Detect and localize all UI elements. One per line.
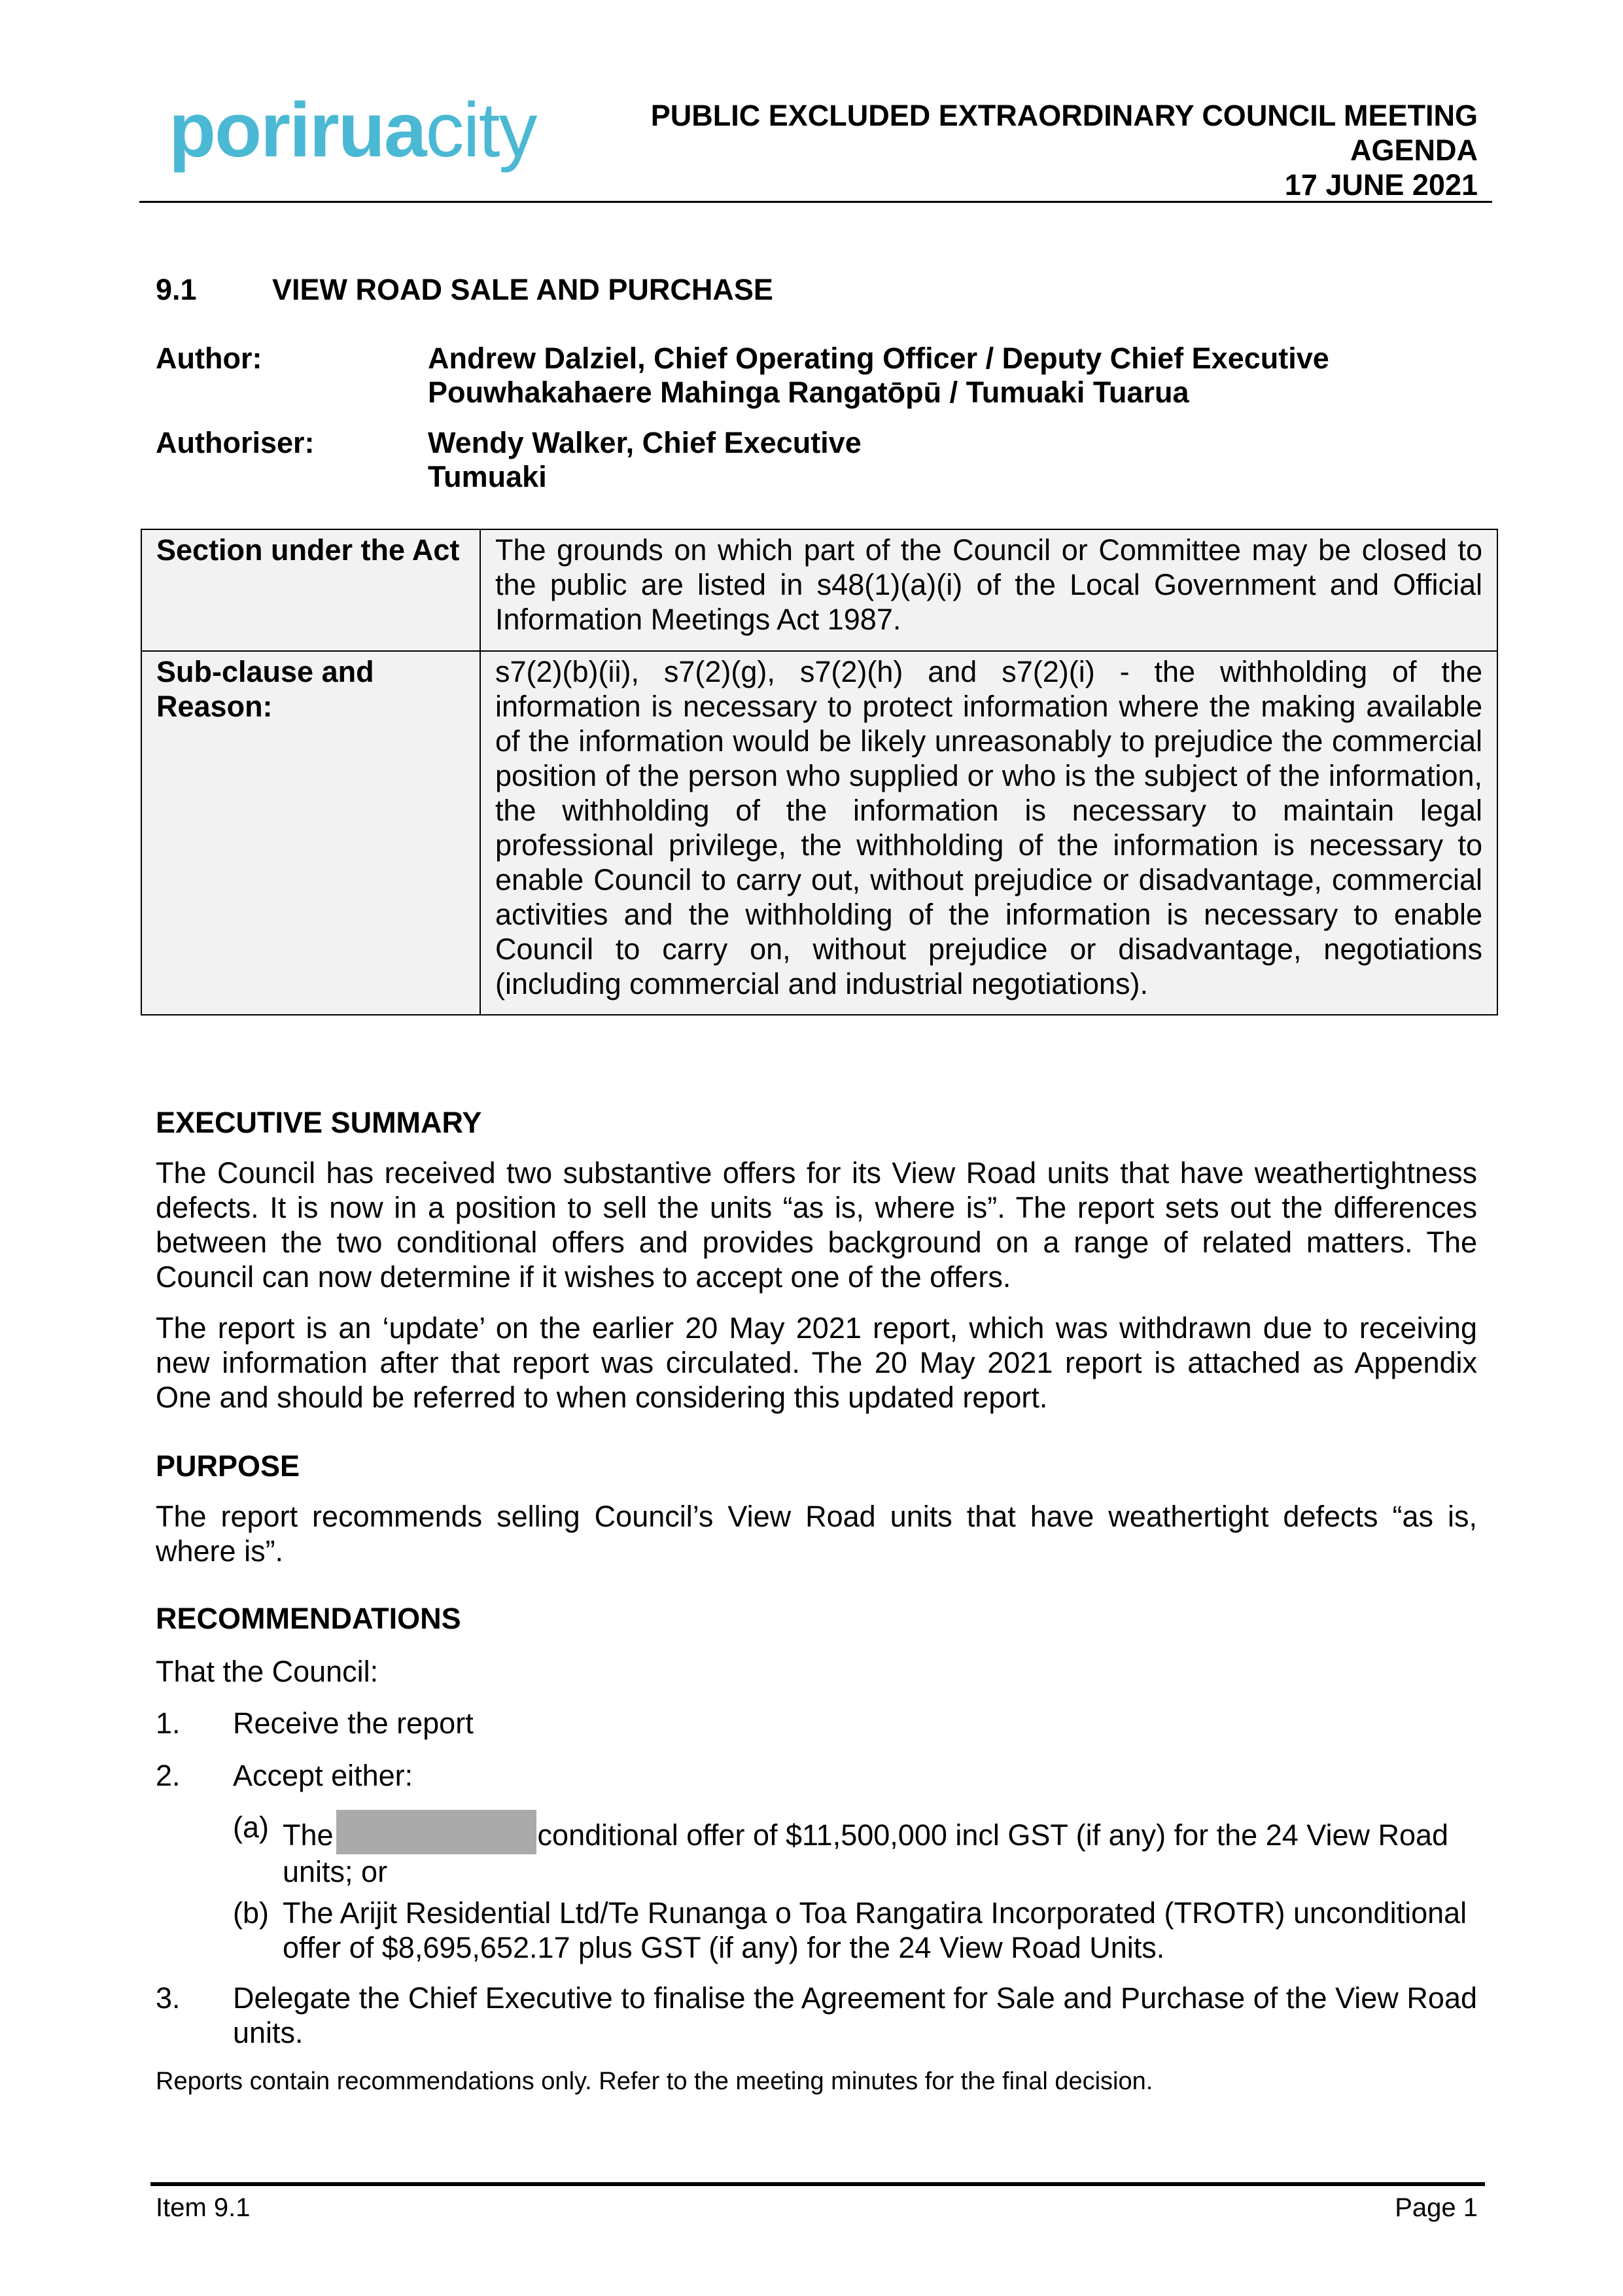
sub-option-text: The Arijit Residential Ltd/Te Runanga o … [283,1896,1477,1965]
author-value: Andrew Dalziel, Chief Operating Officer … [428,342,1329,410]
document-type: AGENDA [651,133,1478,168]
item-number: 9.1 [156,273,197,307]
meeting-header: PUBLIC EXCLUDED EXTRAORDINARY COUNCIL ME… [651,98,1478,202]
recommendation-number: 1. [156,1706,181,1740]
purpose-heading: PURPOSE [156,1449,300,1483]
author-label: Author: [156,342,262,376]
recommendation-text: Delegate the Chief Executive to finalise… [233,1981,1477,2050]
recommendation-text: Receive the report [233,1706,1477,1740]
sub-option-label: (a) [233,1810,269,1845]
item-title: VIEW ROAD SALE AND PURCHASE [272,273,773,307]
table-row: Section under the Act The grounds on whi… [141,529,1497,651]
author-name-role: Andrew Dalziel, Chief Operating Officer … [428,342,1329,376]
authoriser-maori-title: Tumuaki [428,460,862,494]
table-value-cell: The grounds on which part of the Council… [480,529,1497,651]
authoriser-name-role: Wendy Walker, Chief Executive [428,426,862,460]
recommendations-heading: RECOMMENDATIONS [156,1602,461,1636]
executive-summary-heading: EXECUTIVE SUMMARY [156,1106,481,1140]
sub-option-text: Theconditional offer of $11,500,000 incl… [283,1810,1477,1889]
logo-light-text: city [426,87,536,173]
footer-item-ref: Item 9.1 [156,2192,251,2223]
executive-summary-paragraph: The report is an ‘update’ on the earlier… [156,1311,1477,1415]
table-value-cell: s7(2)(b)(ii), s7(2)(g), s7(2)(h) and s7(… [480,651,1497,1015]
header-divider [139,201,1492,203]
recommendations-disclaimer: Reports contain recommendations only. Re… [156,2066,1153,2096]
table-row: Sub-clause and Reason: s7(2)(b)(ii), s7(… [141,651,1497,1015]
footer-page-number: Page 1 [1395,2192,1478,2223]
logo-bold-text: porirua [169,87,426,173]
table-label-cell: Section under the Act [141,529,480,651]
sub-option-label: (b) [233,1896,269,1930]
meeting-title: PUBLIC EXCLUDED EXTRAORDINARY COUNCIL ME… [651,98,1478,133]
porirua-city-logo: poriruacity [169,92,536,169]
recommendation-number: 3. [156,1981,181,2015]
purpose-paragraph: The report recommends selling Council’s … [156,1499,1477,1568]
grounds-table: Section under the Act The grounds on whi… [141,529,1498,1016]
recommendation-text: Accept either: [233,1758,1477,1793]
recommendations-intro: That the Council: [156,1654,1477,1689]
executive-summary-paragraph: The Council has received two substantive… [156,1156,1477,1294]
footer-divider [150,2182,1485,2186]
table-label-cell: Sub-clause and Reason: [141,651,480,1015]
authoriser-label: Authoriser: [156,426,315,460]
redaction-block [336,1810,536,1854]
authoriser-value: Wendy Walker, Chief Executive Tumuaki [428,426,862,494]
author-maori-title: Pouwhakahaere Mahinga Rangatōpū / Tumuak… [428,376,1329,410]
sub-option-prefix: The [283,1818,334,1852]
meeting-date: 17 JUNE 2021 [651,168,1478,202]
recommendation-number: 2. [156,1758,181,1793]
